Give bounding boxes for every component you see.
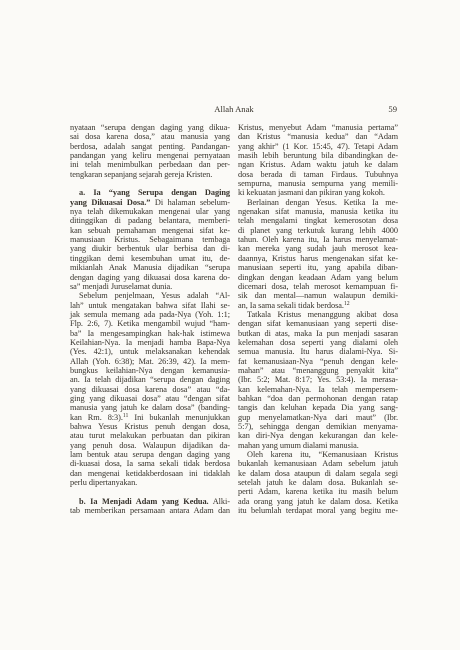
text-run: kan sebuah pemahaman mengenai sifat ke- — [70, 226, 230, 235]
text-run: berdosa, adalah sangat penting. Pandanga… — [70, 142, 230, 151]
text-run: mahan” atau “menanggung penyakit kita” — [238, 366, 398, 375]
text-run: dosa berada di taman Firdaus. Tubuhnya — [238, 170, 398, 179]
heading-run: b. Ia Menjadi Adam yang Kedua. — [79, 497, 209, 506]
text-run: 5:7), sehingga dengan demikian menyama- — [238, 422, 398, 431]
text-line: perlu dipertanyakan. — [70, 478, 230, 487]
text-run: tab memberikan persamaan antara Adam dan — [70, 506, 230, 515]
text-line: tangis dan keluhan kepada Dia yang sang- — [238, 403, 398, 412]
footnote-ref: 11 — [123, 413, 128, 419]
text-line: tengkaran sepanjang sejarah gereja Krist… — [70, 170, 230, 179]
text-run: ging yang dikuasai dosa” atau “dengan si… — [70, 394, 230, 403]
text-line: ada orang yang jatuh ke dalam dosa. Keti… — [238, 497, 398, 506]
text-line: ke dalam dosa ataupun di dalam segala se… — [238, 469, 398, 478]
text-line: mahan” atau “menanggung penyakit kita” — [238, 366, 398, 375]
paragraph: Oleh karena itu, “Kemanusiaan Kristusbuk… — [238, 450, 398, 515]
text-run: (Yes. 42:1), untuk melaksanakan kehendak — [70, 347, 230, 356]
text-run: sik dan mental—namun walaupun demiki- — [238, 291, 398, 300]
text-run: kelemahan dosa seperti yang dialami oleh — [238, 338, 398, 347]
text-line: manusiaan seperti itu, yang apabila diba… — [238, 263, 398, 272]
text-line: dan mengenai ketidakberdosaan ini tidakl… — [70, 469, 230, 478]
text-line: kan diri-Nya dengan kekurangan dan kele- — [238, 431, 398, 440]
text-line: di-kuasai dosa, Ia sama sekali tidak ber… — [70, 459, 230, 468]
text-line: Allah (Yoh. 6:38); Mat. 26:39, 42). Ia m… — [70, 357, 230, 366]
text-run: an, Ia sama sekali tidak berdosa. — [238, 301, 344, 310]
text-line: ngenakan sifat manusia, manusia ketika i… — [238, 207, 398, 216]
text-line: dengan daging yang dikuasai dosa karena … — [70, 273, 230, 282]
text-line: sik dan mental—namun walaupun demiki- — [238, 291, 398, 300]
text-run: lam bentuk atau serupa dengan daging yan… — [70, 450, 230, 459]
text-run: sempurna, manusia sempurna yang memili- — [238, 179, 398, 188]
text-line: berdosa, adalah sangat penting. Pandanga… — [70, 142, 230, 151]
text-line: ditinggikan di padang belantara, memberi… — [70, 216, 230, 225]
text-line: ba” Ia mengesampingkan hak-hak istimewa — [70, 329, 230, 338]
paragraph: nyataan “serupa dengan daging yang dikua… — [70, 123, 230, 179]
text-run: manusiaan Kristus. Sebagaimana tembaga — [70, 235, 230, 244]
text-line: kan Rm. 8:3).11 Ini bukanlah menunjukkan — [70, 413, 230, 422]
text-run: bahkan “doa dan permohonan dengan ratap — [238, 394, 398, 403]
text-line: lah” untuk mengatakan bahwa sifat Ilahi … — [70, 301, 230, 310]
text-line: tahun. Oleh karena itu, Ia harus menyela… — [238, 235, 398, 244]
text-line: telah mengalami tingkat kemerosotan dosa — [238, 216, 398, 225]
text-run: tangis dan keluhan kepada Dia yang sang- — [238, 403, 398, 412]
text-run: Di halaman sebelum- — [150, 198, 230, 207]
text-line: kan kelemahan-Nya. Ia telah mempersem- — [238, 385, 398, 394]
text-line: kelemahan dosa seperti yang dialami oleh — [238, 338, 398, 347]
text-line: an, Ia sama sekali tidak berdosa.12 — [238, 301, 398, 310]
text-run: kan diri-Nya dengan kekurangan dan kele- — [238, 431, 398, 440]
text-line: bungkus keilahian-Nya dengan kemanusia- — [70, 366, 230, 375]
text-line: jak semula memang ada pada-Nya (Yoh. 1:1… — [70, 310, 230, 319]
text-run: Oleh karena itu, “Kemanusiaan Kristus — [247, 450, 398, 459]
text-run: daannya, Kristus harus mengenakan sifat … — [238, 254, 398, 263]
text-line: yang akhir” (1 Kor. 15:45, 47). Tetapi A… — [238, 142, 398, 151]
text-line: bukanlah kemanusiaan Adam sebelum jatuh — [238, 459, 398, 468]
text-run: nyataan “serupa dengan daging yang dikua… — [70, 123, 230, 132]
footnote-ref: 12 — [344, 301, 350, 307]
text-line: b. Ia Menjadi Adam yang Kedua. Alki- — [70, 497, 230, 506]
text-run: Keilahian-Nya. Ia menjadi hamba Bapa-Nya — [70, 338, 230, 347]
text-line: Sebelum penjelmaan, Yesus adalah “Al- — [70, 291, 230, 300]
text-run: Allah (Yoh. 6:38); Mat. 26:39, 42). Ia m… — [70, 357, 230, 366]
text-run: yang penuh dosa. Walaupun dijadikan da- — [70, 441, 230, 450]
text-line: sempurna, manusia sempurna yang memili- — [238, 179, 398, 188]
text-run: Berlainan dengan Yesus. Ketika Ia me- — [247, 198, 398, 207]
text-run: ngan Kristus. Adam waktu jatuh ke dalam — [238, 160, 398, 169]
text-line: dengan sifat kemanusiaan yang seperti di… — [238, 319, 398, 328]
text-run: an. Ia telah dijadikan “serupa dengan da… — [70, 375, 230, 384]
text-line: perti Adam, karena ketika itu masih belu… — [238, 487, 398, 496]
text-run: manusia yang jatuh ke dalam dosa” (bandi… — [70, 403, 230, 412]
text-run: sa” menjadi Juruselamat dunia. — [70, 282, 172, 291]
text-line: mikianlah Anak Manusia dijadikan “serupa — [70, 263, 230, 272]
text-line: masih lebih beruntung bila dibandingkan … — [238, 151, 398, 160]
text-line: manusia yang jatuh ke dalam dosa” (bandi… — [70, 403, 230, 412]
text-run: mahan yang umum dialami manusia. — [238, 441, 359, 450]
text-run: di planet yang terkutuk kurang lebih 400… — [238, 226, 398, 235]
text-line: a. Ia “yang Serupa dengan Daging — [70, 188, 230, 197]
text-line: bahwa Yesus Kristus penuh dengan dosa, — [70, 422, 230, 431]
text-run: Ini bukanlah menunjukkan — [128, 413, 230, 422]
text-line: butkan di atas, maka Ia pun menjadi sasa… — [238, 329, 398, 338]
text-line: manusiaan Kristus. Sebagaimana tembaga — [70, 235, 230, 244]
text-run: yang akhir” (1 Kor. 15:45, 47). Tetapi A… — [238, 142, 398, 151]
text-line: bahkan “doa dan permohonan dengan ratap — [238, 394, 398, 403]
text-run: Flp. 2:6, 7). Ketika mengambil wujud “ha… — [70, 319, 230, 328]
text-line: setelah jatuh ke dalam dosa. Bukanlah se… — [238, 478, 398, 487]
text-line: Kristus, menyebut Adam “manusia pertama” — [238, 123, 398, 132]
text-line: (Ibr. 5:2; Mat. 8:17; Yes. 53:4). Ia mer… — [238, 375, 398, 384]
text-line: lam bentuk atau serupa dengan daging yan… — [70, 450, 230, 459]
text-line: atau turut melakukan perbuatan dan pikir… — [70, 431, 230, 440]
text-run: nya telah dikemukakan mengenai ular yang — [70, 207, 230, 216]
text-run: bahwa Yesus Kristus penuh dengan dosa, — [70, 422, 230, 431]
heading-run: yang Dikuasai Dosa.” — [70, 198, 150, 207]
text-run: dengan sifat kemanusiaan yang seperti di… — [238, 319, 398, 328]
heading-run: a. Ia “yang Serupa dengan Daging — [79, 188, 230, 197]
text-line: dosa berada di taman Firdaus. Tubuhnya — [238, 170, 398, 179]
text-line: dingkan dengan keadaan Adam yang belum — [238, 273, 398, 282]
text-line: gup menyelamatkan-Nya dari maut” (Ibr. — [238, 413, 398, 422]
text-line: itu belumlah terdapat moral yang begitu … — [238, 506, 398, 515]
text-run: masih lebih beruntung bila dibandingkan … — [238, 151, 398, 160]
text-line: dicemari dosa, telah merosot kemampuan f… — [238, 282, 398, 291]
paragraph: a. Ia “yang Serupa dengan Dagingyang Dik… — [70, 188, 230, 291]
text-run: yang diukir berbentuk ular berbisa dan d… — [70, 244, 230, 253]
text-line: (Yes. 42:1), untuk melaksanakan kehendak — [70, 347, 230, 356]
text-run: di-kuasai dosa, Ia sama sekali tidak ber… — [70, 459, 230, 468]
text-line: Berlainan dengan Yesus. Ketika Ia me- — [238, 198, 398, 207]
text-run: ditinggikan di padang belantara, memberi… — [70, 216, 230, 225]
text-line: sai dosa karena dosa,” atau manusia yang — [70, 132, 230, 141]
text-run: Kristus, menyebut Adam “manusia pertama” — [238, 123, 398, 132]
text-run: ki kekuatan jasmani dan pikiran yang kok… — [238, 188, 385, 197]
text-line: yang Dikuasai Dosa.” Di halaman sebelum- — [70, 198, 230, 207]
text-run: bungkus keilahian-Nya dengan kemanusia- — [70, 366, 230, 375]
text-line: daannya, Kristus harus mengenakan sifat … — [238, 254, 398, 263]
text-run: atau turut melakukan perbuatan dan pikir… — [70, 431, 230, 440]
text-line: yang penuh dosa. Walaupun dijadikan da- — [70, 441, 230, 450]
text-run: sai dosa karena dosa,” atau manusia yang — [70, 132, 230, 141]
text-line: tinggikan demi kesembuhan umat itu, de- — [70, 254, 230, 263]
text-run: tahun. Oleh karena itu, Ia harus menyela… — [238, 235, 398, 244]
text-line: kan sebuah pemahaman mengenai sifat ke- — [70, 226, 230, 235]
text-run: kan Rm. 8:3). — [70, 413, 123, 422]
paragraph: b. Ia Menjadi Adam yang Kedua. Alki-tab … — [70, 497, 230, 516]
text-line: nya telah dikemukakan mengenai ular yang — [70, 207, 230, 216]
text-line: ngan Kristus. Adam waktu jatuh ke dalam — [238, 160, 398, 169]
text-line: yang dikuasai dosa karena dosa” atau “da… — [70, 385, 230, 394]
left-column: nyataan “serupa dengan daging yang dikua… — [70, 123, 230, 515]
text-run: (Ibr. 5:2; Mat. 8:17; Yes. 53:4). Ia mer… — [238, 375, 398, 384]
running-header-title: Allah Anak — [70, 103, 398, 115]
text-run: gup menyelamatkan-Nya dari maut” (Ibr. — [238, 413, 398, 422]
text-run: kan mereka yang sudah jauh merosot kea- — [238, 244, 398, 253]
text-run: ada orang yang jatuh ke dalam dosa. Keti… — [238, 497, 398, 506]
text-run: perlu dipertanyakan. — [70, 478, 137, 487]
text-line: dan Kristus “manusia kedua” dan “Adam — [238, 132, 398, 141]
text-run: dan Kristus “manusia kedua” dan “Adam — [238, 132, 398, 141]
text-run: semua manusia. Itu harus dialami-Nya. Si… — [238, 347, 398, 356]
text-line: di planet yang terkutuk kurang lebih 400… — [238, 226, 398, 235]
text-line: kan mereka yang sudah jauh merosot kea- — [238, 244, 398, 253]
text-run: dicemari dosa, telah merosot kemampuan f… — [238, 282, 398, 291]
text-run: ke dalam dosa ataupun di dalam segala se… — [238, 469, 398, 478]
paragraph: Berlainan dengan Yesus. Ketika Ia me-nge… — [238, 198, 398, 310]
text-line: Keilahian-Nya. Ia menjadi hamba Bapa-Nya — [70, 338, 230, 347]
text-run: lah” untuk mengatakan bahwa sifat Ilahi … — [70, 301, 230, 310]
text-line: mahan yang umum dialami manusia. — [238, 441, 398, 450]
running-header: Allah Anak 59 — [70, 103, 398, 115]
text-run: Tatkala Kristus menanggung akibat dosa — [247, 310, 398, 319]
text-line: Tatkala Kristus menanggung akibat dosa — [238, 310, 398, 319]
text-line: pandangan yang keliru mengenai pernyataa… — [70, 151, 230, 160]
text-run: ini telah menimbulkan perbedaan dan per- — [70, 160, 230, 169]
text-line: 5:7), sehingga dengan demikian menyama- — [238, 422, 398, 431]
text-line: nyataan “serupa dengan daging yang dikua… — [70, 123, 230, 132]
paragraph: Sebelum penjelmaan, Yesus adalah “Al-lah… — [70, 291, 230, 487]
text-run: jak semula memang ada pada-Nya (Yoh. 1:1… — [70, 310, 230, 319]
text-run: butkan di atas, maka Ia pun menjadi sasa… — [238, 329, 398, 338]
text-run: yang dikuasai dosa karena dosa” atau “da… — [70, 385, 230, 394]
text-run: bukanlah kemanusiaan Adam sebelum jatuh — [238, 459, 398, 468]
text-run: dan mengenai ketidakberdosaan ini tidakl… — [70, 469, 230, 478]
text-run: perti Adam, karena ketika itu masih belu… — [238, 487, 398, 496]
text-run: telah mengalami tingkat kemerosotan dosa — [238, 216, 398, 225]
right-column: Kristus, menyebut Adam “manusia pertama”… — [238, 123, 398, 515]
book-page: Allah Anak 59 nyataan “serupa dengan dag… — [0, 0, 460, 650]
text-run: ngenakan sifat manusia, manusia ketika i… — [238, 207, 398, 216]
text-line: sa” menjadi Juruselamat dunia. — [70, 282, 230, 291]
text-line: an. Ia telah dijadikan “serupa dengan da… — [70, 375, 230, 384]
text-line: Oleh karena itu, “Kemanusiaan Kristus — [238, 450, 398, 459]
paragraph: Tatkala Kristus menanggung akibat dosade… — [238, 310, 398, 450]
text-run: fat kemanusiaan-Nya “penuh dengan kele- — [238, 357, 398, 366]
text-line: ging yang dikuasai dosa” atau “dengan si… — [70, 394, 230, 403]
text-line: Flp. 2:6, 7). Ketika mengambil wujud “ha… — [70, 319, 230, 328]
paragraph: Kristus, menyebut Adam “manusia pertama”… — [238, 123, 398, 198]
text-line: ini telah menimbulkan perbedaan dan per- — [70, 160, 230, 169]
text-run: setelah jatuh ke dalam dosa. Bukanlah se… — [238, 478, 398, 487]
text-run: ba” Ia mengesampingkan hak-hak istimewa — [70, 329, 230, 338]
text-run: mikianlah Anak Manusia dijadikan “serupa — [70, 263, 230, 272]
text-line: yang diukir berbentuk ular berbisa dan d… — [70, 244, 230, 253]
text-run: dingkan dengan keadaan Adam yang belum — [238, 273, 398, 282]
text-run: kan kelemahan-Nya. Ia telah mempersem- — [238, 385, 398, 394]
text-run: pandangan yang keliru mengenai pernyataa… — [70, 151, 230, 160]
text-line: tab memberikan persamaan antara Adam dan — [70, 506, 230, 515]
text-run: tinggikan demi kesembuhan umat itu, de- — [70, 254, 230, 263]
text-run: itu belumlah terdapat moral yang begitu … — [238, 506, 398, 515]
text-run: dengan daging yang dikuasai dosa karena … — [70, 273, 230, 282]
text-run: Sebelum penjelmaan, Yesus adalah “Al- — [79, 291, 230, 300]
text-line: fat kemanusiaan-Nya “penuh dengan kele- — [238, 357, 398, 366]
text-run: Alki- — [209, 497, 230, 506]
text-run: manusiaan seperti itu, yang apabila diba… — [238, 263, 398, 272]
text-run: tengkaran sepanjang sejarah gereja Krist… — [70, 170, 212, 179]
page-number: 59 — [388, 103, 397, 115]
text-line: ki kekuatan jasmani dan pikiran yang kok… — [238, 188, 398, 197]
text-line: semua manusia. Itu harus dialami-Nya. Si… — [238, 347, 398, 356]
